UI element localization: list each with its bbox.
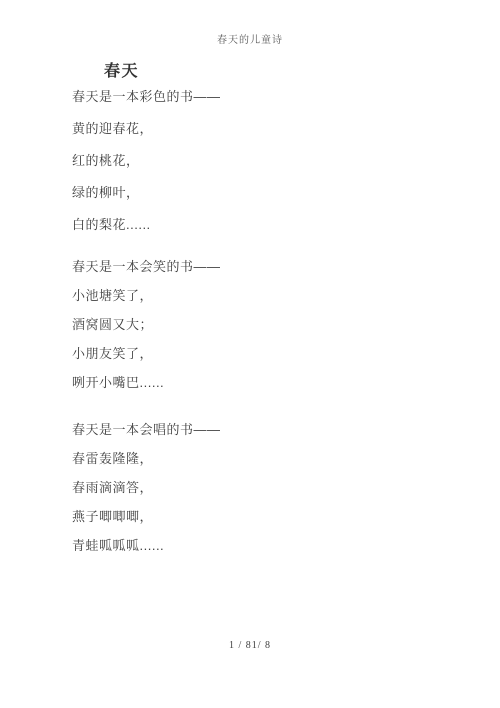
poem-line: 小池塘笑了， [72,281,221,310]
poem-stanza: 春天是一本会笑的书——小池塘笑了，酒窝圆又大；小朋友笑了，咧开小嘴巴...... [72,252,221,397]
poem-line: 咧开小嘴巴...... [72,368,221,397]
poem-line: 春雷轰隆隆， [72,444,221,473]
poem-line: 春天是一本彩色的书—— [72,81,221,113]
poem-stanza: 春天是一本会唱的书——春雷轰隆隆，春雨滴滴答，燕子唧唧唧，青蛙呱呱呱...... [72,415,221,560]
poem-line: 白的梨花...... [72,209,221,241]
poem-line: 酒窝圆又大； [72,310,221,339]
poem-stanza: 春天是一本彩色的书——黄的迎春花，红的桃花，绿的柳叶，白的梨花...... [72,81,221,241]
poem-line: 春天是一本会笑的书—— [72,252,221,281]
poem-line: 红的桃花， [72,145,221,177]
document-page: 春天的儿童诗 春天 春天是一本彩色的书——黄的迎春花，红的桃花，绿的柳叶，白的梨… [0,0,500,708]
poem-line: 黄的迎春花， [72,113,221,145]
poem-line: 小朋友笑了， [72,339,221,368]
poem-title: 春天 [104,58,139,81]
document-header-title: 春天的儿童诗 [0,31,500,46]
poem-line: 春天是一本会唱的书—— [72,415,221,444]
poem-line: 绿的柳叶， [72,177,221,209]
poem-line: 燕子唧唧唧， [72,502,221,531]
poem-line: 春雨滴滴答， [72,473,221,502]
poem-line: 青蛙呱呱呱...... [72,531,221,560]
page-number-indicator: 1 / 81/ 8 [0,640,500,651]
